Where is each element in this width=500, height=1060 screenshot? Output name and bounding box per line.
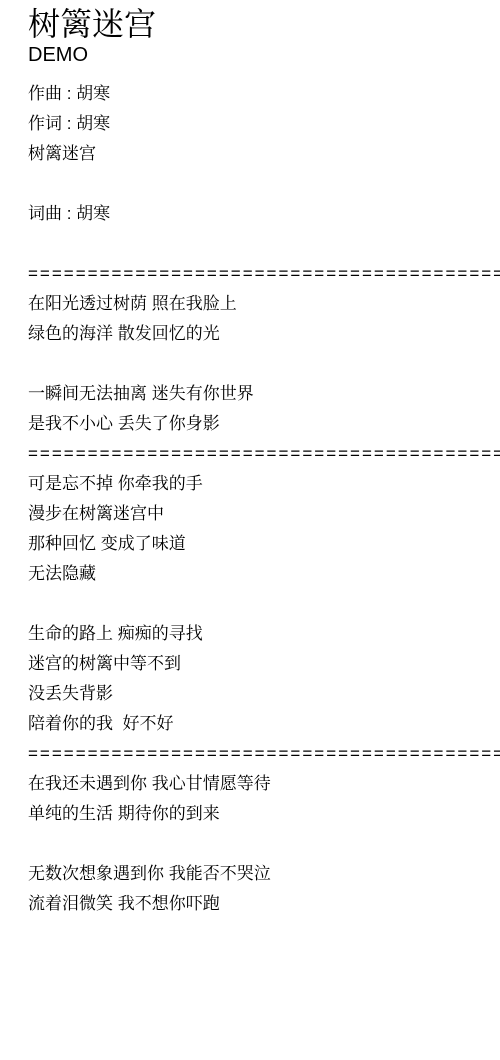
text-line: 在我还未遇到你 我心甘情愿等待: [28, 769, 500, 799]
text-line: 词曲 : 胡寒: [28, 199, 500, 229]
text-line: 漫步在树篱迷宫中: [28, 499, 500, 529]
artist-name: DEMO: [28, 42, 500, 68]
lyrics-page: 树篱迷宫 DEMO 作曲 : 胡寒作词 : 胡寒树篱迷宫 词曲 : 胡寒 ===…: [0, 0, 500, 1060]
text-line: 生命的路上 痴痴的寻找: [28, 619, 500, 649]
lyrics-block: ========================================…: [28, 259, 500, 919]
blank-line: [28, 589, 500, 619]
text-line: 在阳光透过树荫 照在我脸上: [28, 289, 500, 319]
text-line: 那种回忆 变成了味道: [28, 529, 500, 559]
song-title: 树篱迷宫: [28, 6, 500, 42]
credits-block: 作曲 : 胡寒作词 : 胡寒树篱迷宫 词曲 : 胡寒: [28, 79, 500, 259]
text-line: 无数次想象遇到你 我能否不哭泣: [28, 859, 500, 889]
blank-line: [28, 229, 500, 259]
text-line: 是我不小心 丢失了你身影: [28, 409, 500, 439]
text-line: 流着泪微笑 我不想你吓跑: [28, 889, 500, 919]
text-line: 陪着你的我 好不好: [28, 709, 500, 739]
text-line: 可是忘不掉 你牵我的手: [28, 469, 500, 499]
text-line: 作词 : 胡寒: [28, 109, 500, 139]
separator-line: ========================================…: [28, 739, 500, 769]
blank-line: [28, 169, 500, 199]
separator-line: ========================================…: [28, 259, 500, 289]
separator-line: ========================================…: [28, 439, 500, 469]
text-line: 无法隐藏: [28, 559, 500, 589]
text-line: 作曲 : 胡寒: [28, 79, 500, 109]
blank-line: [28, 349, 500, 379]
text-line: 一瞬间无法抽离 迷失有你世界: [28, 379, 500, 409]
text-line: 迷宫的树篱中等不到: [28, 649, 500, 679]
text-line: 树篱迷宫: [28, 139, 500, 169]
text-line: 没丢失背影: [28, 679, 500, 709]
blank-line: [28, 829, 500, 859]
text-line: 绿色的海洋 散发回忆的光: [28, 319, 500, 349]
text-line: 单纯的生活 期待你的到来: [28, 799, 500, 829]
